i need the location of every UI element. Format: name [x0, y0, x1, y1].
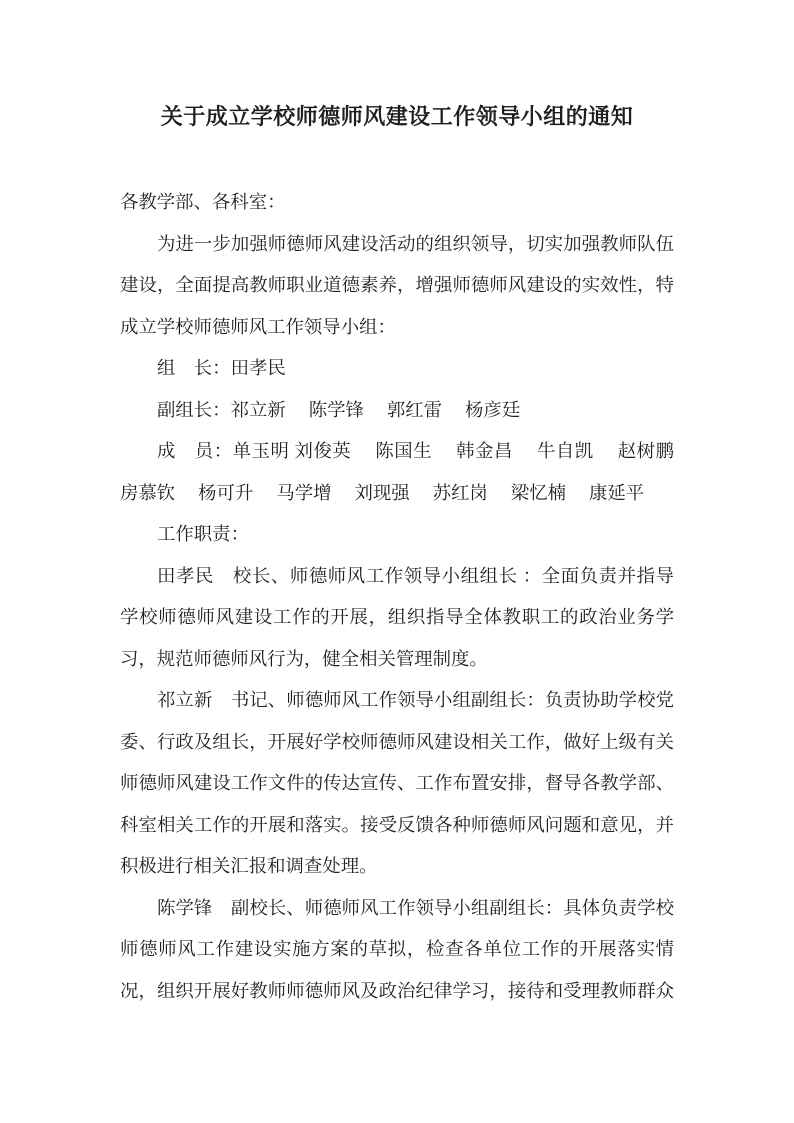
body-line-duty-chenxuefeng-2: 况，组织开展好教师师德师风及政治纪律学习，接待和受理教师群众	[120, 971, 674, 1013]
body-line-members-0: 成 员：单玉明 刘俊英 陈国生 韩金昌 牛自凯 赵树鹏	[120, 431, 674, 473]
document-title: 关于成立学校师德师风建设工作领导小组的通知	[120, 100, 674, 134]
body-line-duty-qilixin-1: 委、行政及组长，开展好学校师德师风建设相关工作，做好上级有关	[120, 722, 674, 764]
body-line-duty-tianxiaomin-0: 田孝民 校长、师德师风工作领导小组组长 ：全面负责并指导	[120, 556, 674, 598]
body-line-duty-chenxuefeng-0: 陈学锋 副校长、师德师风工作领导小组副组长：具体负责学校	[120, 888, 674, 930]
body-line-intro-1: 建设，全面提高教师职业道德素养，增强师德师风建设的实效性，特	[120, 265, 674, 307]
body-line-salutation-0: 各教学部、各科室：	[120, 182, 674, 224]
body-line-intro-2: 成立学校师德师风工作领导小组：	[120, 307, 674, 349]
body-line-intro-0: 为进一步加强师德师风建设活动的组织领导，切实加强教师队伍	[120, 224, 674, 266]
body-line-duty-chenxuefeng-1: 师德师风工作建设实施方案的草拟，检查各单位工作的开展落实情	[120, 929, 674, 971]
body-line-duty-tianxiaomin-1: 学校师德师风建设工作的开展，组织指导全体教职工的政治业务学	[120, 597, 674, 639]
body-line-duty-tianxiaomin-2: 习，规范师德师风行为，健全相关管理制度。	[120, 639, 674, 681]
body-line-members-1: 房慕钦 杨可升 马学增 刘现强 苏红岗 梁忆楠 康延平	[120, 473, 674, 515]
body-line-duty-qilixin-0: 祁立新 书记、师德师风工作领导小组副组长：负责协助学校党	[120, 680, 674, 722]
body-line-group-leader-0: 组 长：田孝民	[120, 348, 674, 390]
document-body: 各教学部、各科室：为进一步加强师德师风建设活动的组织领导，切实加强教师队伍建设，…	[120, 182, 674, 1012]
body-line-duty-qilixin-3: 科室相关工作的开展和落实。接受反馈各种师德师风问题和意见，并	[120, 805, 674, 847]
body-line-duties-heading-0: 工作职责：	[120, 514, 674, 556]
body-line-deputy-leaders-0: 副组长：祁立新 陈学锋 郭红雷 杨彦廷	[120, 390, 674, 432]
document-page: 关于成立学校师德师风建设工作领导小组的通知 各教学部、各科室：为进一步加强师德师…	[0, 0, 794, 1123]
body-line-duty-qilixin-2: 师德师风建设工作文件的传达宣传、工作布置安排，督导各教学部、	[120, 763, 674, 805]
body-line-duty-qilixin-4: 积极进行相关汇报和调查处理。	[120, 846, 674, 888]
